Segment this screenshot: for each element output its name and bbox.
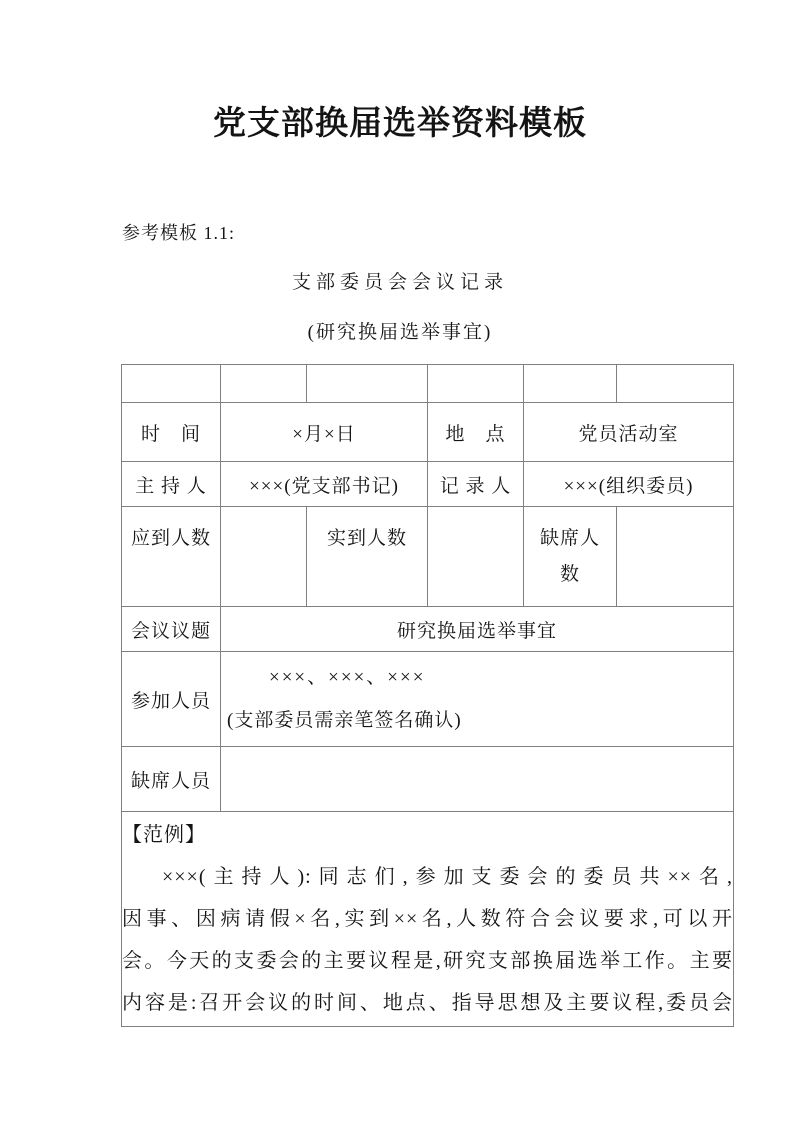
topic-label: 会议议题	[122, 607, 221, 652]
example-line: ×××(主持人):同志们,参加支委会的委员共××名,	[122, 856, 733, 898]
expected-count-label: 应到人数	[122, 507, 221, 607]
place-label: 地 点	[428, 403, 524, 462]
table-row: 应到人数 实到人数 缺席人数	[122, 507, 734, 607]
empty-cell	[524, 365, 617, 403]
recorder-value: ×××(组织委员)	[524, 462, 734, 507]
absent-count-label: 缺席人数	[524, 507, 617, 607]
meeting-record-table: 时 间 ×月×日 地 点 党员活动室 主 持 人 ×××(党支部书记) 记 录 …	[121, 364, 734, 1027]
time-value: ×月×日	[221, 403, 428, 462]
absent-count-value	[617, 507, 734, 607]
example-line: 会。今天的支委会的主要议程是,研究支部换届选举工作。主要	[122, 940, 733, 982]
host-label: 主 持 人	[122, 462, 221, 507]
table-row: 参加人员 ×××、×××、××× (支部委员需亲笔签名确认)	[122, 652, 734, 747]
recorder-label: 记 录 人	[428, 462, 524, 507]
time-label: 时 间	[122, 403, 221, 462]
table-row: 主 持 人 ×××(党支部书记) 记 录 人 ×××(组织委员)	[122, 462, 734, 507]
actual-count-value	[428, 507, 524, 607]
example-line: 因事、因病请假×名,实到××名,人数符合会议要求,可以开	[122, 898, 733, 940]
attendees-value: ×××、×××、××× (支部委员需亲笔签名确认)	[221, 652, 734, 747]
example-cell: 【范例】 ×××(主持人):同志们,参加支委会的委员共××名, 因事、因病请假×…	[122, 812, 734, 1027]
empty-cell	[307, 365, 428, 403]
page-title: 党支部换届选举资料模板	[0, 101, 800, 145]
example-line: 内容是:召开会议的时间、地点、指导思想及主要议程,委员会	[122, 982, 733, 1024]
table-row: 会议议题 研究换届选举事宜	[122, 607, 734, 652]
actual-count-label: 实到人数	[307, 507, 428, 607]
absentees-label: 缺席人员	[122, 747, 221, 812]
meeting-record-subtitle: (研究换届选举事宜)	[0, 317, 800, 344]
empty-cell	[617, 365, 734, 403]
empty-cell	[428, 365, 524, 403]
attendees-note: (支部委员需亲笔签名确认)	[221, 699, 733, 742]
table-row	[122, 365, 734, 403]
attendees-names: ×××、×××、×××	[221, 656, 733, 699]
host-value: ×××(党支部书记)	[221, 462, 428, 507]
empty-cell	[221, 365, 307, 403]
document-page: 党支部换届选举资料模板 参考模板 1.1: 支部委员会会议记录 (研究换届选举事…	[0, 0, 800, 1132]
attendees-label: 参加人员	[122, 652, 221, 747]
table-row: 缺席人员	[122, 747, 734, 812]
table-row: 【范例】 ×××(主持人):同志们,参加支委会的委员共××名, 因事、因病请假×…	[122, 812, 734, 1027]
table-row: 时 间 ×月×日 地 点 党员活动室	[122, 403, 734, 462]
meeting-record-title: 支部委员会会议记录	[0, 267, 800, 294]
place-value: 党员活动室	[524, 403, 734, 462]
absent-count-label-text: 缺席人数	[539, 521, 601, 593]
topic-value: 研究换届选举事宜	[221, 607, 734, 652]
absentees-value	[221, 747, 734, 812]
reference-template-label: 参考模板 1.1:	[122, 219, 235, 245]
expected-count-value	[221, 507, 307, 607]
empty-cell	[122, 365, 221, 403]
example-heading: 【范例】	[122, 814, 733, 856]
